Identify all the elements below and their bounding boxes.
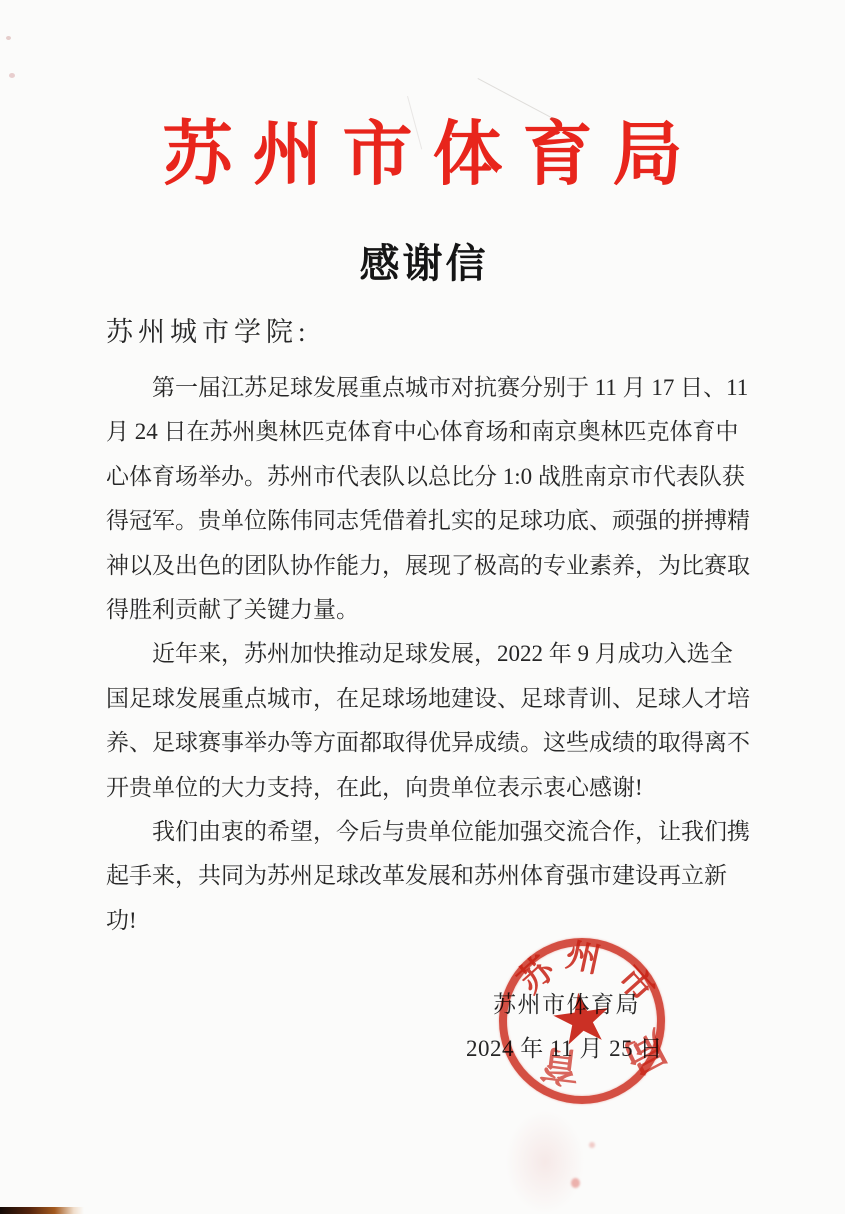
body-line: 功!	[106, 899, 766, 943]
body-line: 国足球发展重点城市，在足球场地建设、足球青训、足球人才培	[106, 677, 766, 721]
seal-char: 育	[538, 1043, 583, 1088]
body-line: 心体育场举办。苏州市代表队以总比分 1:0 战胜南京市代表队获	[106, 455, 766, 499]
body-line: 得胜利贡献了关键力量。	[106, 588, 766, 632]
scan-crease	[478, 78, 558, 121]
body-line: 得冠军。贵单位陈伟同志凭借着扎实的足球功底、顽强的拼搏精	[106, 499, 766, 543]
body-line: 我们由衷的希望，今后与贵单位能加强交流合作，让我们携	[106, 810, 766, 854]
seal-char: 州	[563, 939, 603, 979]
letter-title: 感谢信	[0, 240, 845, 288]
body-line: 养、足球赛事举办等方面都取得优异成绩。这些成绩的取得离不	[106, 721, 766, 765]
scan-edge-artifact	[0, 1207, 84, 1214]
letter-body: 苏州城市学院: 第一届江苏足球发展重点城市对抗赛分别于 11 月 17 日、11…	[106, 310, 766, 943]
salutation: 苏州城市学院:	[106, 310, 766, 355]
scan-speck	[9, 73, 15, 78]
letterhead-org-name: 苏州市体育局	[0, 116, 845, 197]
ink-smudge	[571, 1178, 580, 1188]
scan-speck	[6, 36, 11, 40]
body-line: 月 24 日在苏州奥林匹克体育中心体育场和南京奥林匹克体育中	[106, 410, 766, 454]
body-line: 起手来，共同为苏州足球改革发展和苏州体育强市建设再立新	[106, 854, 766, 898]
body-line: 开贵单位的大力支持，在此，向贵单位表示衷心感谢!	[106, 766, 766, 810]
official-seal-stamp: 苏 州 市 育 局	[499, 938, 665, 1104]
ink-smudge	[505, 1110, 585, 1214]
ink-smudge	[589, 1142, 595, 1148]
scanned-letter-page: 苏州市体育局 感谢信 苏州城市学院: 第一届江苏足球发展重点城市对抗赛分别于 1…	[0, 0, 845, 1214]
body-line: 神以及出色的团队协作能力，展现了极高的专业素养，为比赛取	[106, 544, 766, 588]
body-line: 第一届江苏足球发展重点城市对抗赛分别于 11 月 17 日、11	[106, 366, 766, 410]
body-line: 近年来，苏州加快推动足球发展，2022 年 9 月成功入选全	[106, 632, 766, 676]
